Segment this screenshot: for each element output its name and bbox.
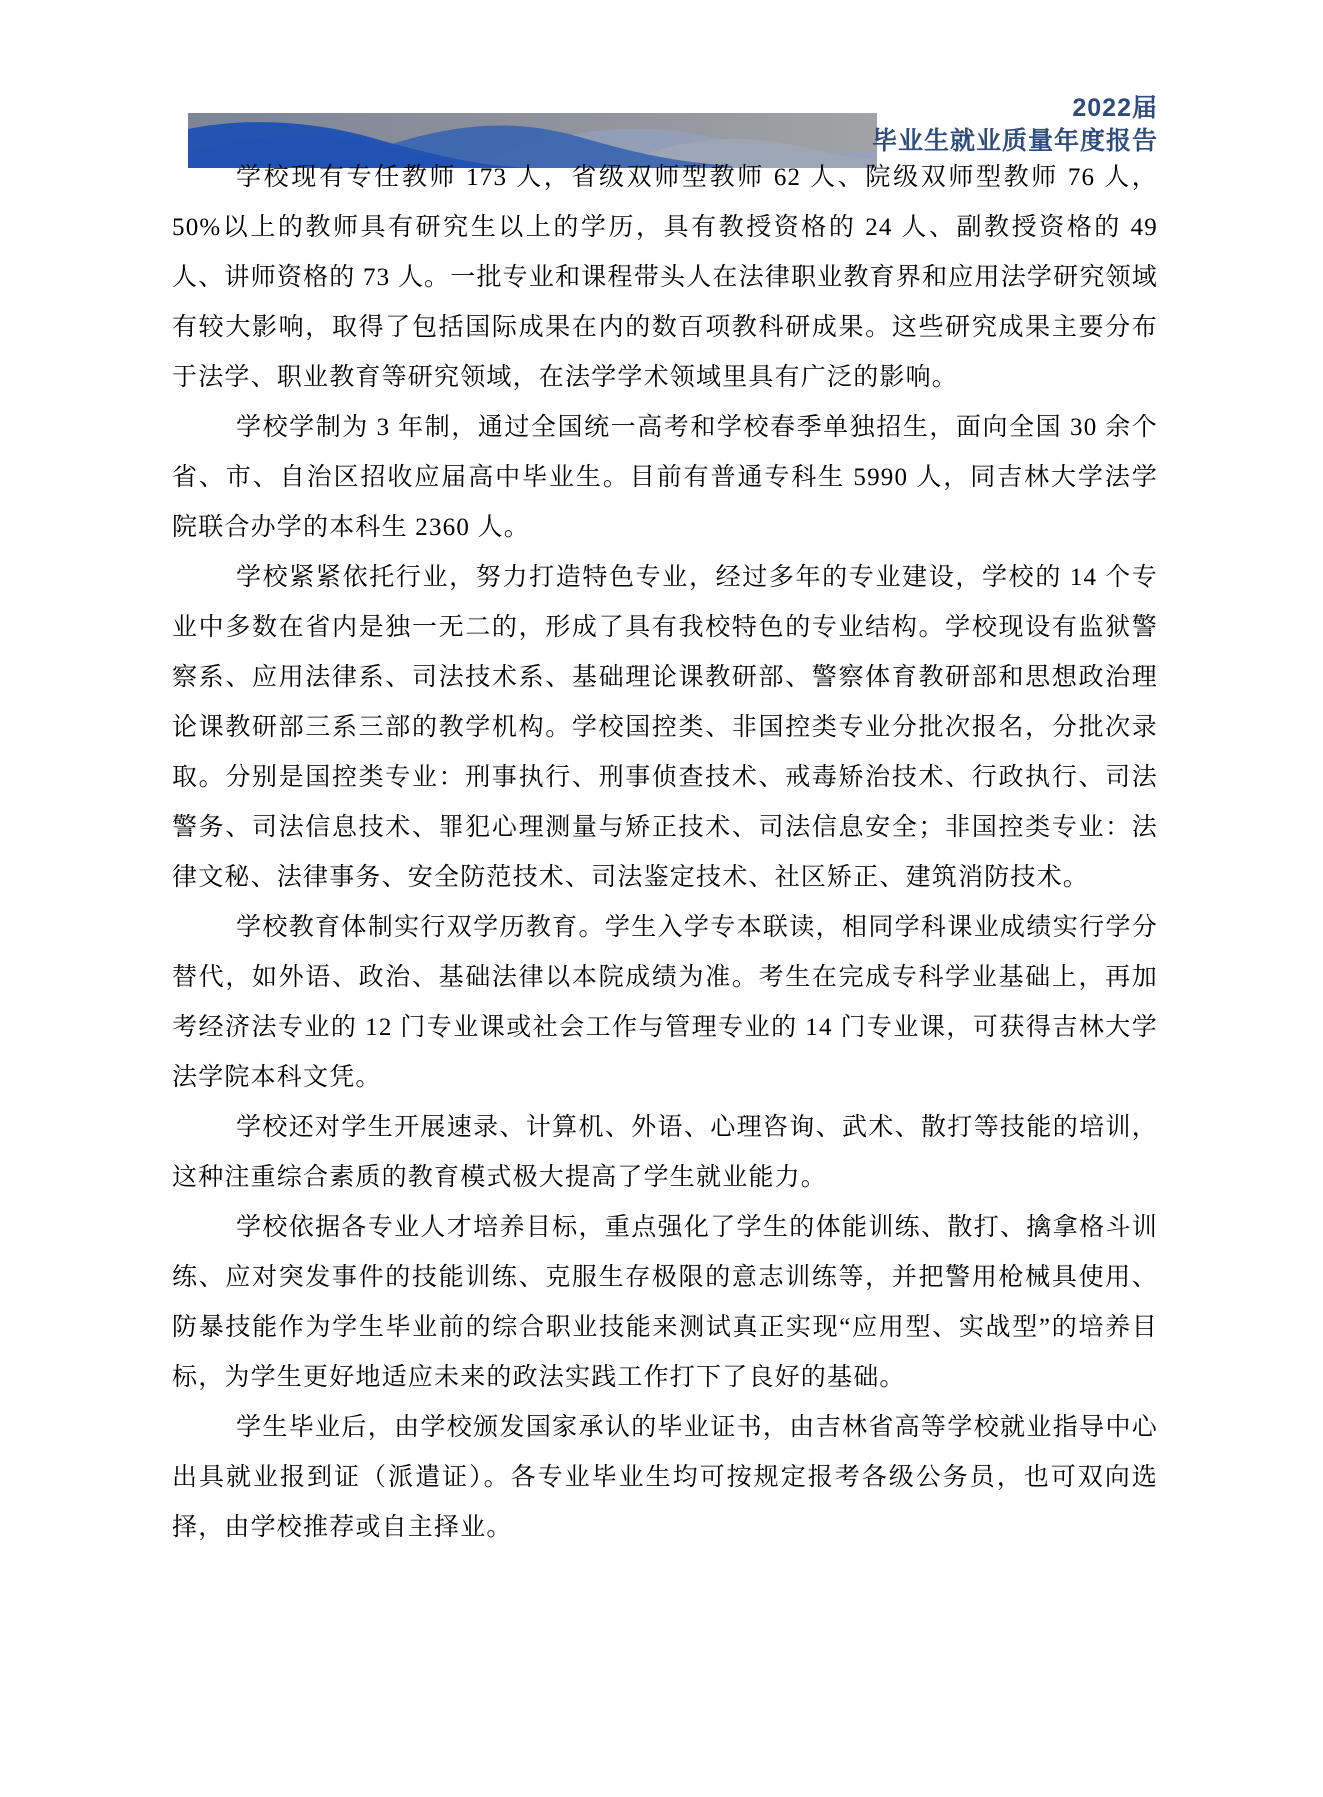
body-paragraph: 学校学制为 3 年制，通过全国统一高考和学校春季单独招生，面向全国 30 余个省… xyxy=(172,403,1158,553)
page-header: 2022届 毕业生就业质量年度报告 xyxy=(0,0,1323,170)
body-paragraph: 学校教育体制实行双学历教育。学生入学专本联读，相同学科课业成绩实行学分替代，如外… xyxy=(172,903,1158,1103)
body-paragraph: 学校现有专任教师 173 人，省级双师型教师 62 人、院级双师型教师 76 人… xyxy=(172,153,1158,403)
report-header-titles: 2022届 毕业生就业质量年度报告 xyxy=(872,92,1158,158)
body-paragraph: 学生毕业后，由学校颁发国家承认的毕业证书，由吉林省高等学校就业指导中心出具就业报… xyxy=(172,1403,1158,1553)
body-paragraph: 学校还对学生开展速录、计算机、外语、心理咨询、武术、散打等技能的培训，这种注重综… xyxy=(172,1103,1158,1203)
body-paragraph: 学校依据各专业人才培养目标，重点强化了学生的体能训练、散打、擒拿格斗训练、应对突… xyxy=(172,1203,1158,1403)
report-page: 2022届 毕业生就业质量年度报告 学校现有专任教师 173 人，省级双师型教师… xyxy=(0,0,1323,1797)
document-body: 学校现有专任教师 173 人，省级双师型教师 62 人、院级双师型教师 76 人… xyxy=(172,153,1158,1553)
body-paragraph: 学校紧紧依托行业，努力打造特色专业，经过多年的专业建设，学校的 14 个专业中多… xyxy=(172,553,1158,903)
report-year-label: 2022届 xyxy=(872,92,1158,125)
